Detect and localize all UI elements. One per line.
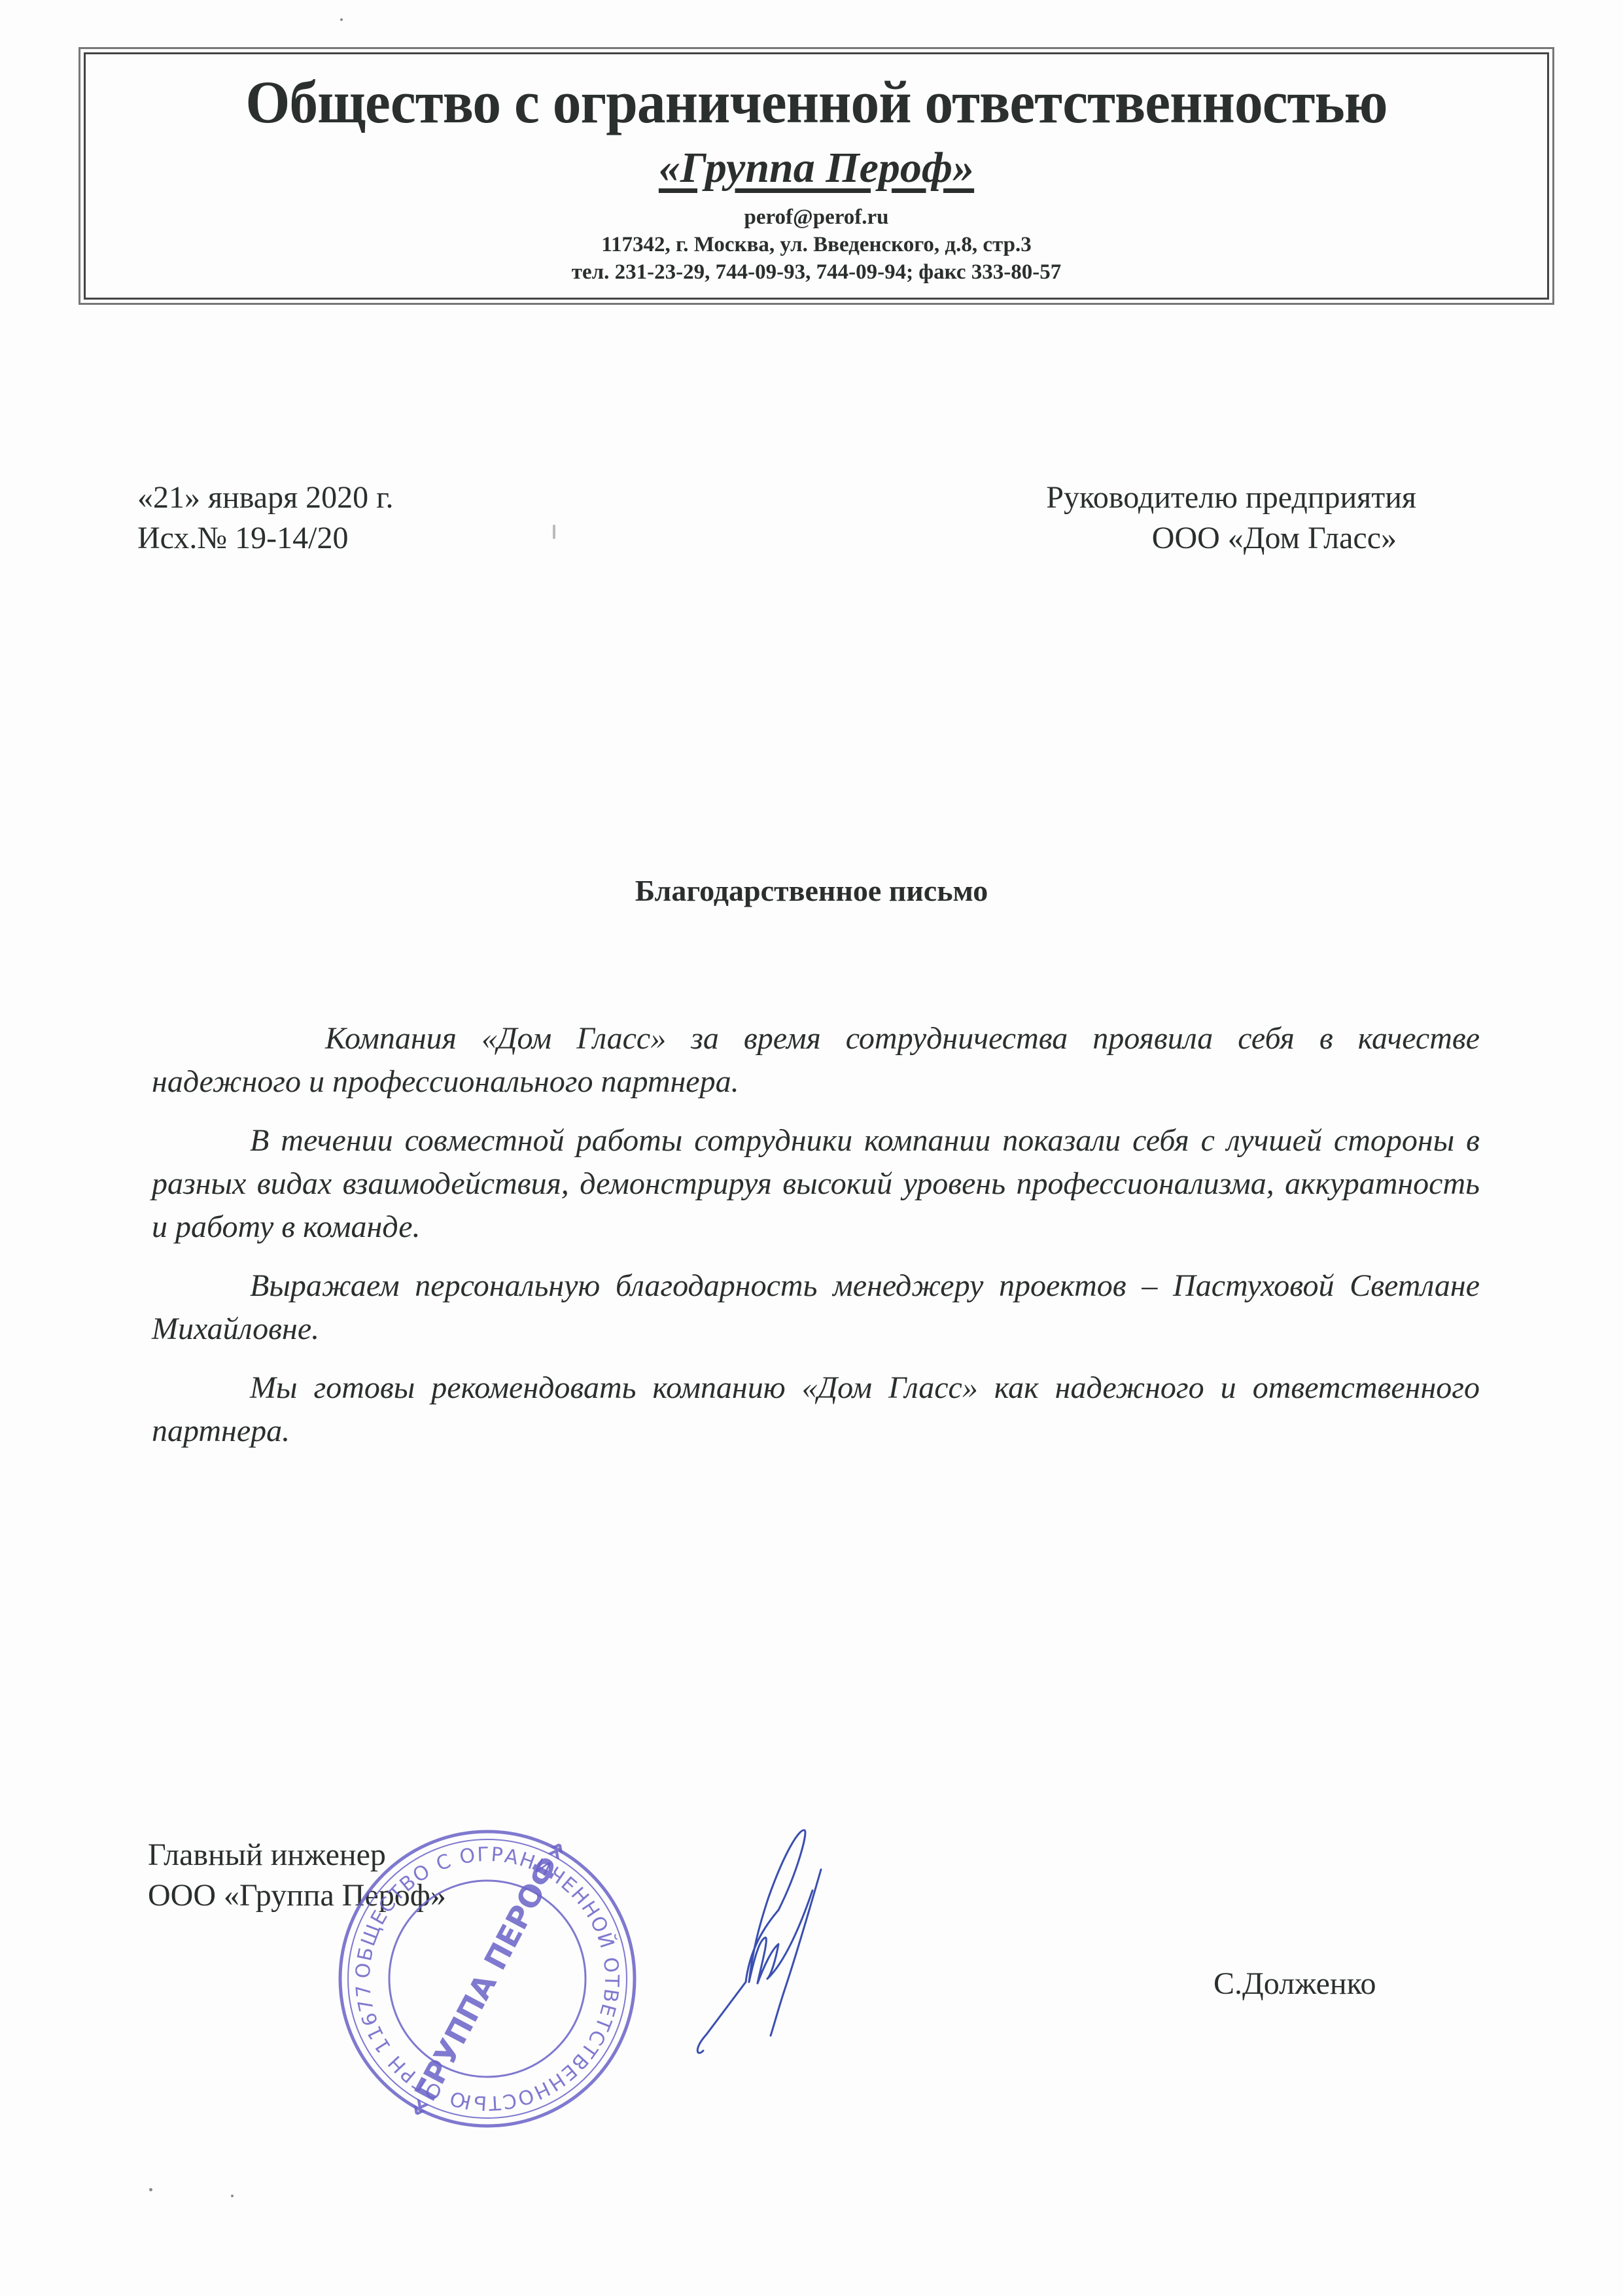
stamp-seal-icon: ОБЩЕСТВО С ОГРАНИЧЕННОЙ ОТВЕТСТВЕННОСТЬЮ… xyxy=(334,1825,641,2132)
scan-artifact xyxy=(553,525,555,539)
signatory-name: С.Долженко xyxy=(1213,1966,1376,2002)
letter-date: «21» января 2020 г. xyxy=(137,478,393,518)
body-paragraph: Компания «Дом Гласс» за время сотрудниче… xyxy=(152,1017,1480,1104)
scan-artifact xyxy=(231,2195,234,2197)
company-legal-form: Общество с ограниченной ответственностью xyxy=(122,66,1510,138)
company-brand-name: «Группа Пероф» xyxy=(86,142,1547,194)
addressee-organization: ООО «Дом Гласс» xyxy=(958,518,1416,559)
body-paragraph: Выражаем персональную благодарность мене… xyxy=(152,1264,1480,1351)
company-address: 117342, г. Москва, ул. Введенского, д.8,… xyxy=(86,231,1547,258)
document-title: Благодарственное письмо xyxy=(0,873,1623,908)
letterhead: Общество с ограниченной ответственностью… xyxy=(84,52,1549,300)
addressee-block: Руководителю предприятия ООО «Дом Гласс» xyxy=(958,478,1416,559)
scan-artifact xyxy=(340,18,343,21)
handwritten-signature xyxy=(687,1792,1014,2067)
outgoing-number: Исх.№ 19-14/20 xyxy=(137,518,393,559)
date-block: «21» января 2020 г. Исх.№ 19-14/20 xyxy=(137,478,393,559)
scan-artifact xyxy=(149,2188,152,2191)
company-stamp: ОБЩЕСТВО С ОГРАНИЧЕННОЙ ОТВЕТСТВЕННОСТЬЮ… xyxy=(334,1825,641,2132)
letter-body: Компания «Дом Гласс» за время сотрудниче… xyxy=(152,1017,1480,1469)
company-email: perof@perof.ru xyxy=(86,203,1547,231)
body-paragraph: Мы готовы рекомендовать компанию «Дом Гл… xyxy=(152,1366,1480,1453)
company-phones: тел. 231-23-29, 744-09-93, 744-09-94; фа… xyxy=(86,258,1547,286)
addressee-position: Руководителю предприятия xyxy=(958,478,1416,518)
signature-icon xyxy=(687,1792,1014,2067)
body-paragraph: В течении совместной работы сотрудники к… xyxy=(152,1119,1480,1249)
